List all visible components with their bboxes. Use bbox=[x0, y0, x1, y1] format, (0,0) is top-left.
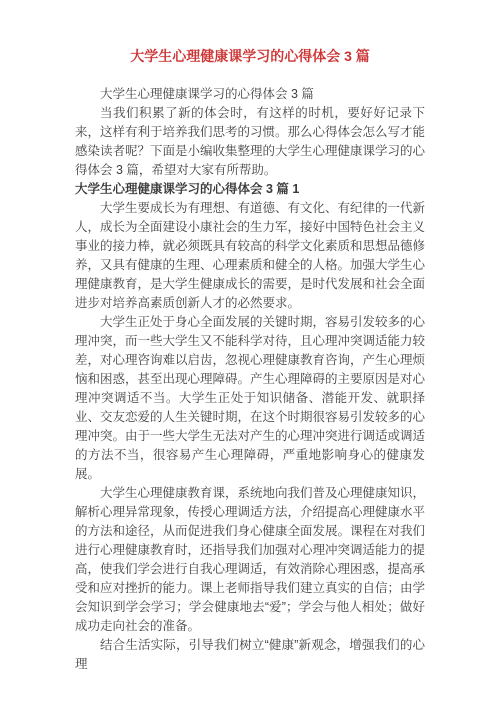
paragraph: 当我们积累了新的体会时，有这样的时机，要好好记录下来，这样有利于培养我们思考的习… bbox=[75, 104, 425, 180]
document-body: 大学生心理健康课学习的心得体会 3 篇当我们积累了新的体会时，有这样的时机，要好… bbox=[75, 85, 425, 674]
paragraph: 大学生心理健康教育课，系统地向我们普及心理健康知识，解析心理异常现象，传授心理调… bbox=[75, 484, 425, 636]
paragraph: 结合生活实际，引导我们树立“健康”新观念，增强我们的心理 bbox=[75, 636, 425, 674]
paragraph: 大学生正处于身心全面发展的关键时期，容易引发较多的心理冲突，而一些大学生又不能科… bbox=[75, 313, 425, 484]
document-page: 大学生心理健康课学习的心得体会 3 篇 大学生心理健康课学习的心得体会 3 篇当… bbox=[0, 0, 500, 707]
paragraph: 大学生要成长为有理想、有道德、有文化、有纪律的一代新人，成长为全面建设小康社会的… bbox=[75, 199, 425, 313]
document-title: 大学生心理健康课学习的心得体会 3 篇 bbox=[75, 47, 425, 66]
paragraph: 大学生心理健康课学习的心得体会 3 篇 bbox=[75, 85, 425, 104]
section-heading: 大学生心理健康课学习的心得体会 3 篇 1 bbox=[75, 180, 425, 199]
